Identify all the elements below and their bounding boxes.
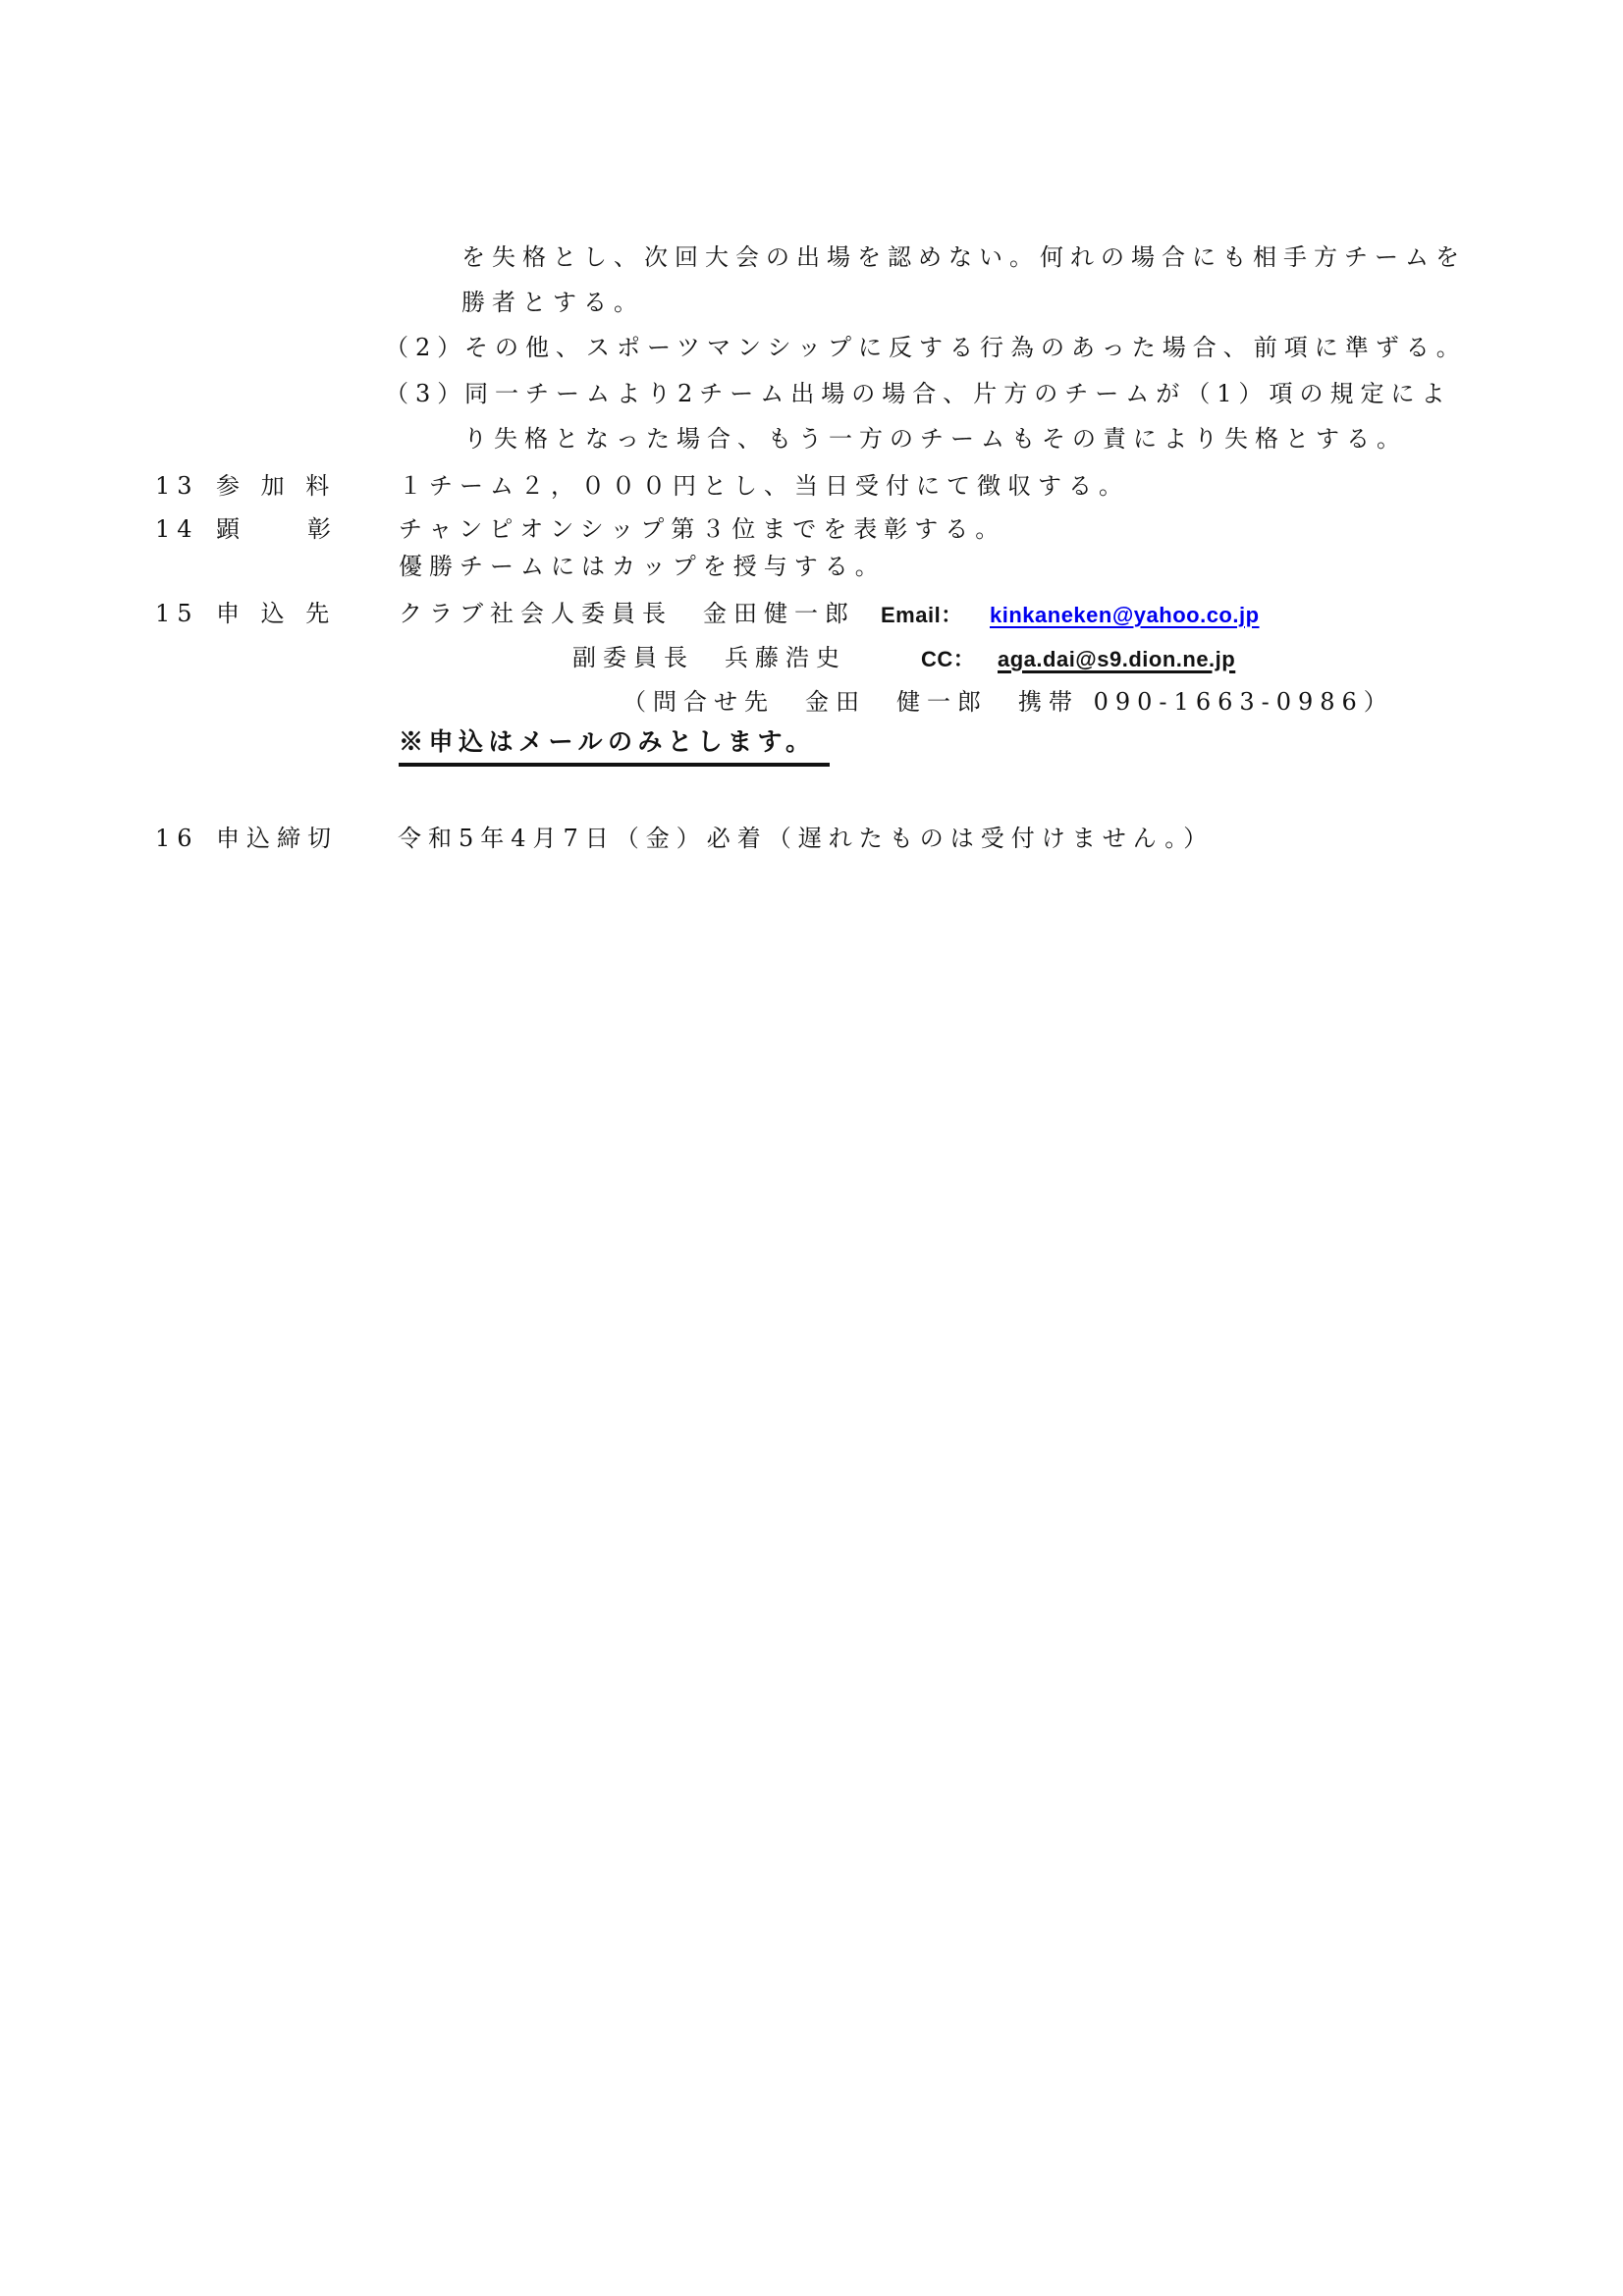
item-14-row: 14 顕 彰 チャンピオンシップ第３位までを表彰する。 xyxy=(0,513,1623,549)
cc-label: CC： xyxy=(921,644,975,675)
item-15-row-4: ※申込はメールのみとします。 xyxy=(0,726,1623,772)
clause-continuation-row-1: を失格とし、次回大会の出場を認めない。何れの場合にも相手方チームを xyxy=(0,241,1623,277)
item-15-row-3: （問合せ先 金田 健一郎 携帯 090-1663-0986） xyxy=(0,686,1623,721)
item-15-label: 申 込 先 xyxy=(216,598,336,629)
item-14-label: 顕 彰 xyxy=(216,513,338,545)
item-16-number: 16 xyxy=(155,823,199,854)
item-13-row: 13 参 加 料 １チーム２，０００円とし、当日受付にて徴収する。 xyxy=(0,470,1623,506)
inquiry-contact-line: （問合せ先 金田 健一郎 携帯 090-1663-0986） xyxy=(622,686,1394,718)
subclause-2-row: （2） その他、スポーツマンシップに反する行為のあった場合、前項に準ずる。 xyxy=(0,332,1623,367)
item-15-number: 15 xyxy=(155,598,199,629)
subclause-3-row-2: り失格となった場合、もう一方のチームもその責により失格とする。 xyxy=(0,423,1623,458)
item-16-content: 令和5年4月7日（金）必着（遅れたものは受付けません。） xyxy=(398,823,1214,854)
clause-continuation-row-2: 勝者とする。 xyxy=(0,287,1623,322)
item-13-number: 13 xyxy=(155,470,199,502)
item-13-content: １チーム２，０００円とし、当日受付にて徴収する。 xyxy=(399,470,1129,502)
subclause-3-marker: （3） xyxy=(385,378,467,409)
clause-continuation-line-1: を失格とし、次回大会の出場を認めない。何れの場合にも相手方チームを xyxy=(461,241,1466,273)
item-15-row: 15 申 込 先 クラブ社会人委員長 金田健一郎 Email： kinkanek… xyxy=(0,598,1623,633)
clause-continuation-line-2: 勝者とする。 xyxy=(461,287,644,318)
subclause-3-text-line-1: 同一チームより2チーム出場の場合、片方のチームが（1）項の規定によ xyxy=(464,378,1452,409)
item-15-chair-title-name: クラブ社会人委員長 金田健一郎 xyxy=(399,598,855,629)
subclause-2-marker: （2） xyxy=(385,332,467,363)
cc-address: aga.dai@s9.dion.ne.jp xyxy=(998,644,1235,675)
mail-only-note-wrap: ※申込はメールのみとします。 xyxy=(399,726,830,767)
item-14-content-line-1: チャンピオンシップ第３位までを表彰する。 xyxy=(399,513,1005,545)
document-page: を失格とし、次回大会の出場を認めない。何れの場合にも相手方チームを 勝者とする。… xyxy=(0,0,1623,2296)
item-14-number: 14 xyxy=(155,513,199,545)
item-14-content-line-2: 優勝チームにはカップを授与する。 xyxy=(399,551,886,582)
subclause-2-text: その他、スポーツマンシップに反する行為のあった場合、前項に準ずる。 xyxy=(464,332,1467,363)
mail-only-note: ※申込はメールのみとします。 xyxy=(399,726,830,767)
email-address-link[interactable]: kinkaneken@yahoo.co.jp xyxy=(990,600,1260,631)
email-label: Email： xyxy=(881,600,963,631)
subclause-3-row-1: （3） 同一チームより2チーム出場の場合、片方のチームが（1）項の規定によ xyxy=(0,378,1623,413)
item-15-row-2: 副委員長 兵藤浩史 CC： aga.dai@s9.dion.ne.jp xyxy=(0,642,1623,677)
item-16-label: 申込締切 xyxy=(216,823,338,854)
subclause-3-text-line-2: り失格となった場合、もう一方のチームもその責により失格とする。 xyxy=(463,423,1407,454)
item-13-label: 参 加 料 xyxy=(216,470,336,502)
item-16-row: 16 申込締切 令和5年4月7日（金）必着（遅れたものは受付けません。） xyxy=(0,823,1623,858)
item-14-row-2: 優勝チームにはカップを授与する。 xyxy=(0,551,1623,586)
item-15-vice-title-name: 副委員長 兵藤浩史 xyxy=(572,642,846,673)
